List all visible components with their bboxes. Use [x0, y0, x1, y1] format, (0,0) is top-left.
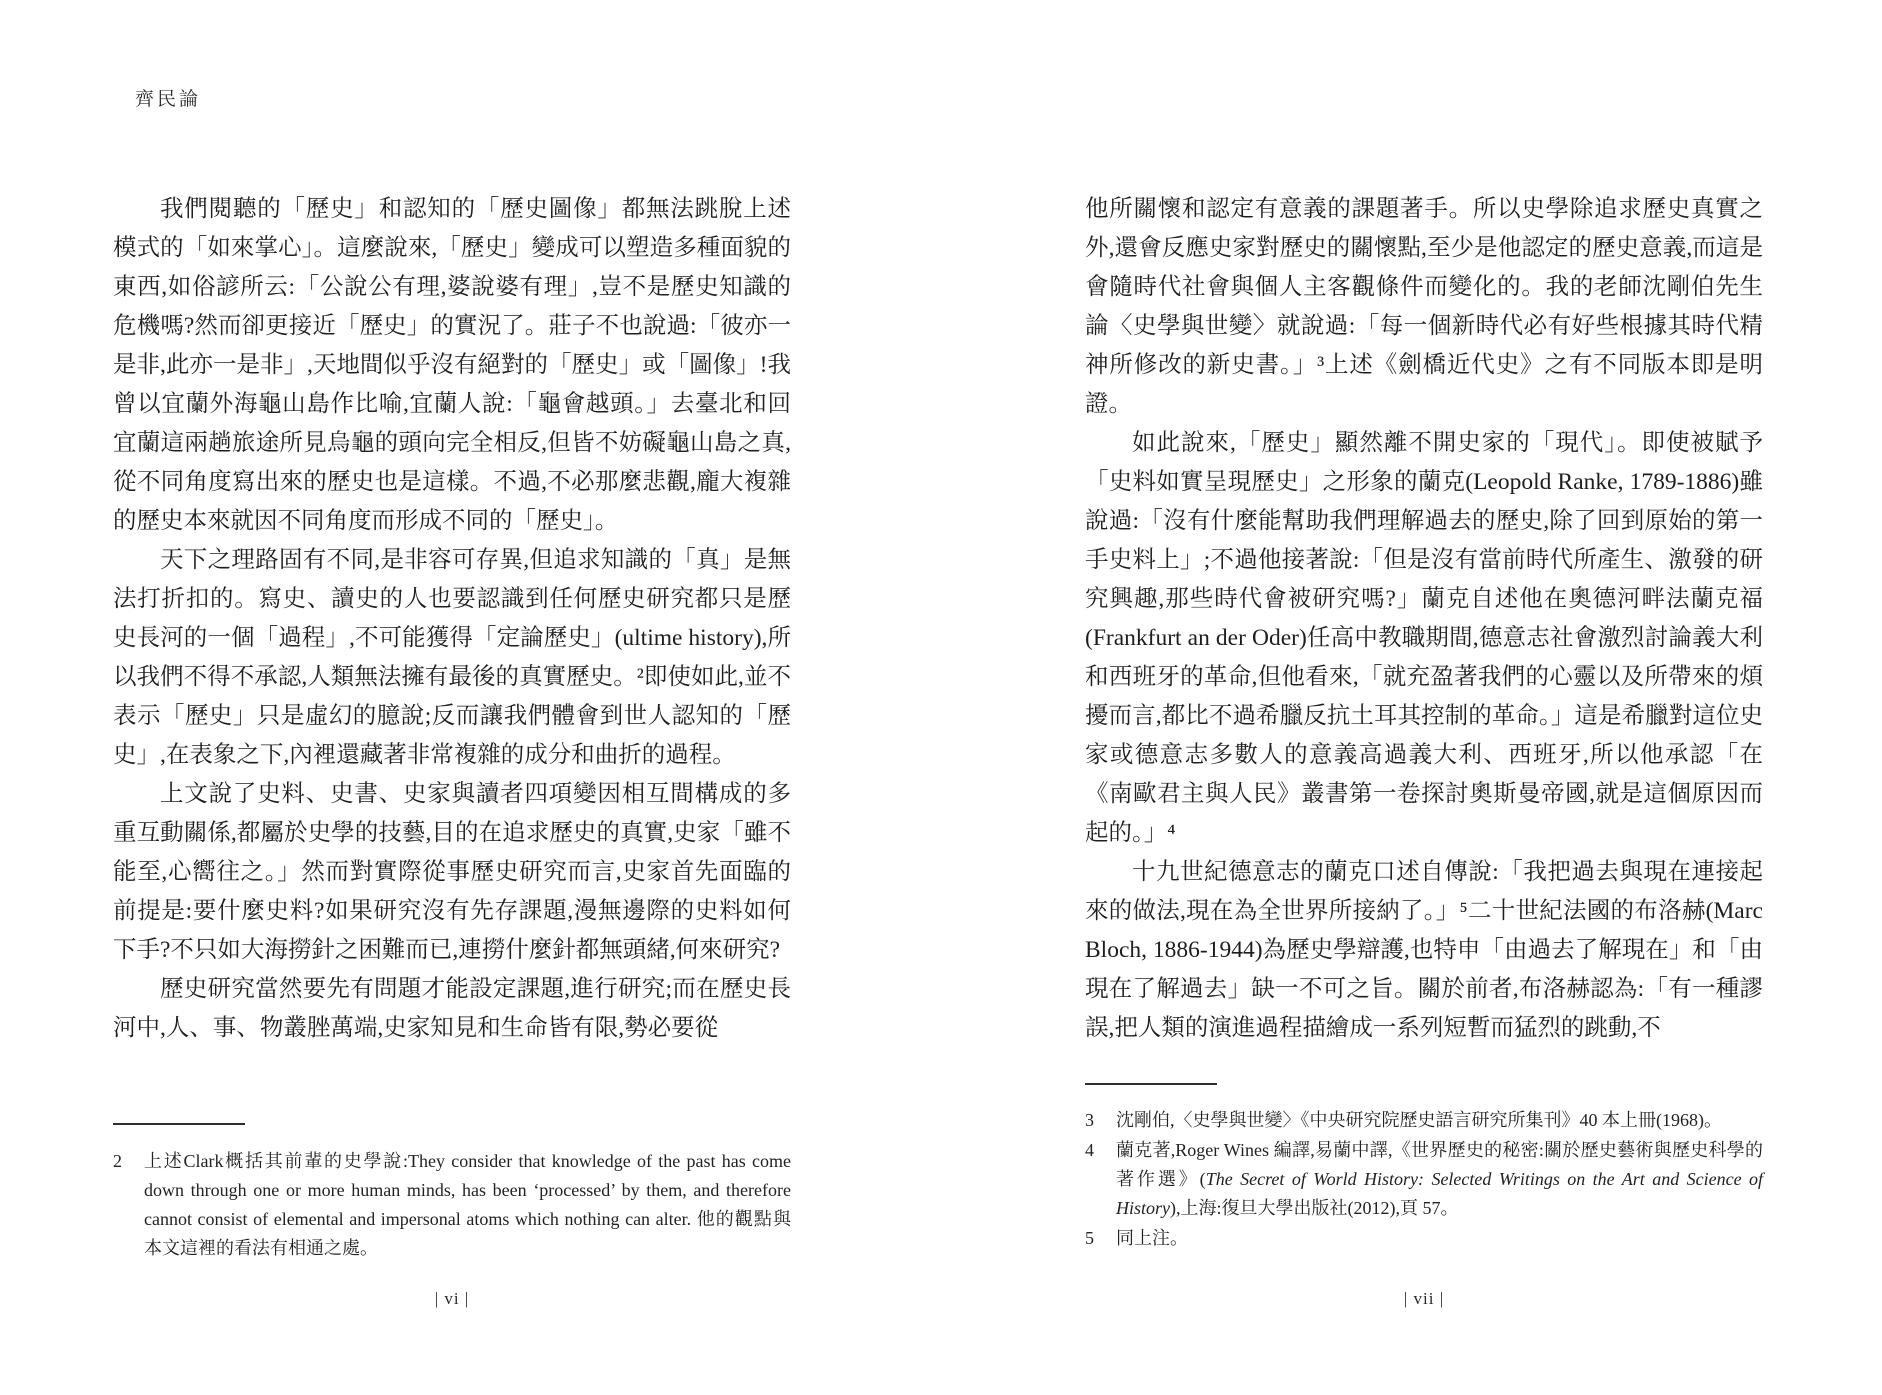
right-page-footnotes: 3 沈剛伯,〈史學與世變〉《中央研究院歷史語言研究所集刊》40 本上冊(1968…: [1085, 1106, 1763, 1254]
footnote: 3 沈剛伯,〈史學與世變〉《中央研究院歷史語言研究所集刊》40 本上冊(1968…: [1085, 1106, 1763, 1135]
body-paragraph: 上文說了史料、史書、史家與讀者四項變因相互間構成的多重互動關係,都屬於史學的技藝…: [113, 775, 791, 970]
footnote-number: 3: [1085, 1106, 1116, 1135]
body-paragraph: 我們閱聽的「歷史」和認知的「歷史圖像」都無法跳脫上述模式的「如來掌心」。這麼說來…: [113, 190, 791, 541]
footnote-text: 同上注。: [1116, 1224, 1763, 1253]
page-number-right: | vii |: [1085, 1289, 1763, 1309]
footnote-number: 2: [113, 1147, 144, 1263]
body-paragraph: 他所關懷和認定有意義的課題著手。所以史學除追求歷史真實之外,還會反應史家對歷史的…: [1085, 190, 1763, 424]
right-page-body: 他所關懷和認定有意義的課題著手。所以史學除追求歷史真實之外,還會反應史家對歷史的…: [1085, 190, 1763, 1048]
footnote-separator: [1085, 1083, 1217, 1085]
left-page-footnotes: 2 上述Clark概括其前輩的史學說:They consider that kn…: [113, 1147, 791, 1264]
body-paragraph: 歷史研究當然要先有問題才能設定課題,進行研究;而在歷史長河中,人、事、物叢脞萬端…: [113, 970, 791, 1048]
body-paragraph: 十九世紀德意志的蘭克口述自傳說:「我把過去與現在連接起來的做法,現在為全世界所接…: [1085, 853, 1763, 1048]
left-page-body: 我們閱聽的「歷史」和認知的「歷史圖像」都無法跳脫上述模式的「如來掌心」。這麼說來…: [113, 190, 791, 1048]
book-spread: 齊民論 我們閱聽的「歷史」和認知的「歷史圖像」都無法跳脫上述模式的「如來掌心」。…: [0, 0, 1882, 1395]
footnote: 4 蘭克著,Roger Wines 編譯,易蘭中譯,《世界歷史的秘密:關於歷史藝…: [1085, 1136, 1763, 1223]
running-header: 齊民論: [135, 84, 201, 111]
page-number-left: | vi |: [113, 1289, 791, 1309]
footnote-text-segment: ),上海:復旦大學出版社(2012),頁 57。: [1170, 1198, 1458, 1218]
footnote: 5 同上注。: [1085, 1224, 1763, 1253]
footnote-text: 上述Clark概括其前輩的史學說:They consider that know…: [144, 1147, 791, 1263]
footnote-separator: [113, 1123, 245, 1125]
body-paragraph: 如此說來,「歷史」顯然離不開史家的「現代」。即使被賦予「史料如實呈現歷史」之形象…: [1085, 424, 1763, 853]
footnote-text: 沈剛伯,〈史學與世變〉《中央研究院歷史語言研究所集刊》40 本上冊(1968)。: [1116, 1106, 1763, 1135]
footnote-number: 4: [1085, 1136, 1116, 1223]
body-paragraph: 天下之理路固有不同,是非容可存異,但追求知識的「真」是無法打折扣的。寫史、讀史的…: [113, 541, 791, 775]
footnote-text: 蘭克著,Roger Wines 編譯,易蘭中譯,《世界歷史的秘密:關於歷史藝術與…: [1116, 1136, 1763, 1223]
footnote-number: 5: [1085, 1224, 1116, 1253]
footnote: 2 上述Clark概括其前輩的史學說:They consider that kn…: [113, 1147, 791, 1263]
